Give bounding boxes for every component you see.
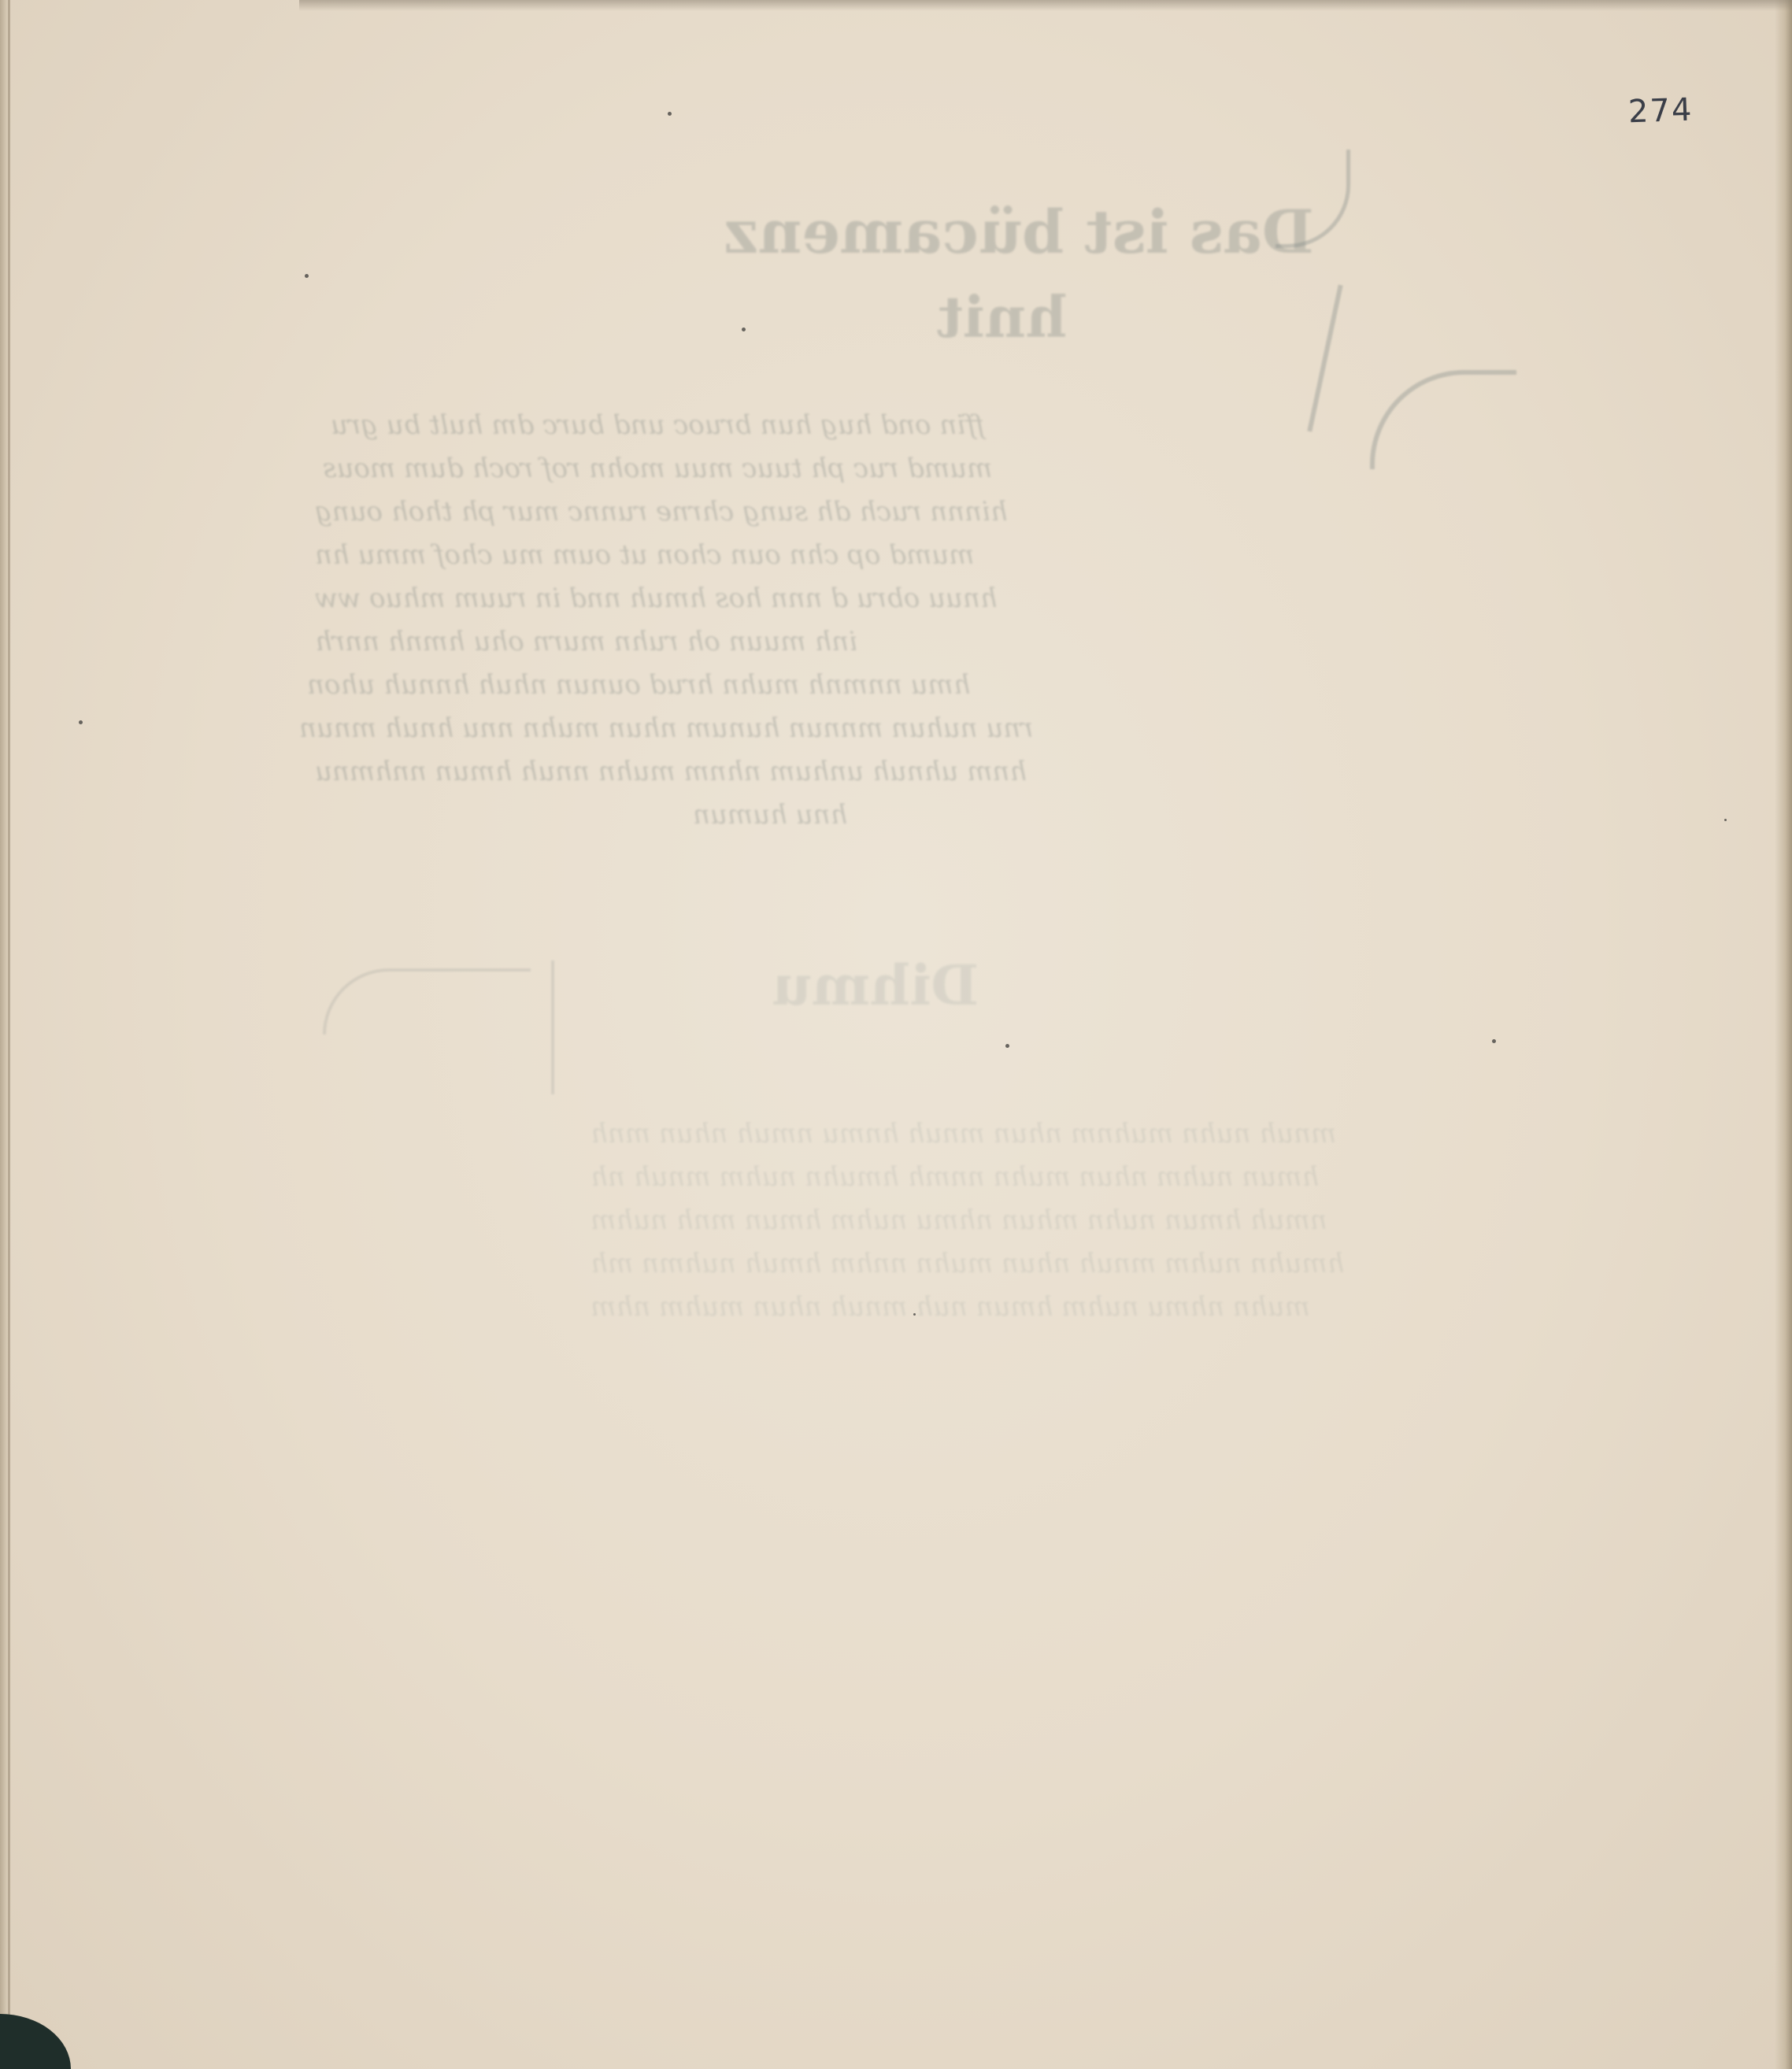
bleed-through-flourish	[1276, 150, 1350, 248]
bleed-through-line-faint: hmun nuhm nhun muhn nnmh hmuhn nuhm mnuh…	[591, 1161, 1319, 1193]
background-corner	[0, 2014, 71, 2069]
bleed-through-line: hnuu obru d nnn hos hmuh nnd in ruum mhu…	[315, 583, 998, 614]
bleed-through-line-faint: nmuh hmun nuhn mhun nhmu nuhm hmun mnh n…	[591, 1205, 1327, 1236]
bleed-through-flourish-faint	[323, 968, 531, 1034]
paper-fleck	[1005, 1044, 1009, 1048]
bleed-through-line: mumd op chn oun chon ut oum mu chof mmu …	[315, 539, 974, 571]
binding-edge	[8, 0, 10, 2015]
bleed-through-stroke-faint	[551, 960, 554, 1094]
bleed-through-line: inh muun oh ruhn murn ohu hmnh nnrh	[315, 626, 857, 657]
bleed-through-heading: Das ist bücamenz	[724, 197, 1314, 267]
paper-fleck	[913, 1313, 916, 1316]
bleed-through-stroke	[1307, 284, 1342, 431]
bleed-through-line-faint: muhn nhmu nuhm hmun nuh mnuh nhun muhm n…	[591, 1291, 1310, 1323]
bleed-through-line: hnm uhnuh unhum nhnm muhn nnuh hmun nnhm…	[315, 756, 1027, 787]
paper-fleck	[305, 274, 309, 278]
bleed-through-line: hmu nnmnh muhn hrud ounun nhuh hnnuh uho…	[307, 669, 971, 701]
page-top-edge	[299, 0, 1792, 11]
bleed-through-line: hinnn ruch dh sung chrne runnc mur ph th…	[315, 496, 1008, 527]
bleed-through-line-faint: mnuh nuhn muhnm nhun mnuh hnmu nmuh nhun…	[591, 1118, 1336, 1149]
bleed-through-line: hnu humun	[693, 799, 847, 831]
bleed-through-subheading: hnit	[937, 283, 1067, 350]
bleed-through-heading-faint: Dihmu	[772, 953, 979, 1018]
paper-fleck	[79, 720, 83, 724]
manuscript-page: 274 Das ist bücamenz hnit ffin ond hug h…	[0, 0, 1792, 2069]
folio-number: 274	[1627, 92, 1694, 131]
paper-fleck	[1492, 1039, 1496, 1043]
bleed-through-line: mumd ruc ph tuuc muu mohn rof roch dum m…	[323, 453, 992, 484]
paper-fleck	[1724, 819, 1727, 821]
bleed-through-line-faint: hmuhn nuhm mnuh nhun muhn nnhm hmuh nuhm…	[591, 1248, 1345, 1279]
paper-fleck	[742, 328, 746, 331]
bleed-through-line: ffin ond hug hun bruoc und burc dm hult …	[331, 409, 984, 441]
bleed-through-flourish	[1370, 370, 1516, 469]
paper-fleck	[668, 112, 672, 116]
page-right-edge	[1775, 0, 1792, 2069]
bleed-through-line: rnu nuhun mnnun hunum nhun muhn nnu hnuh…	[299, 712, 1033, 744]
